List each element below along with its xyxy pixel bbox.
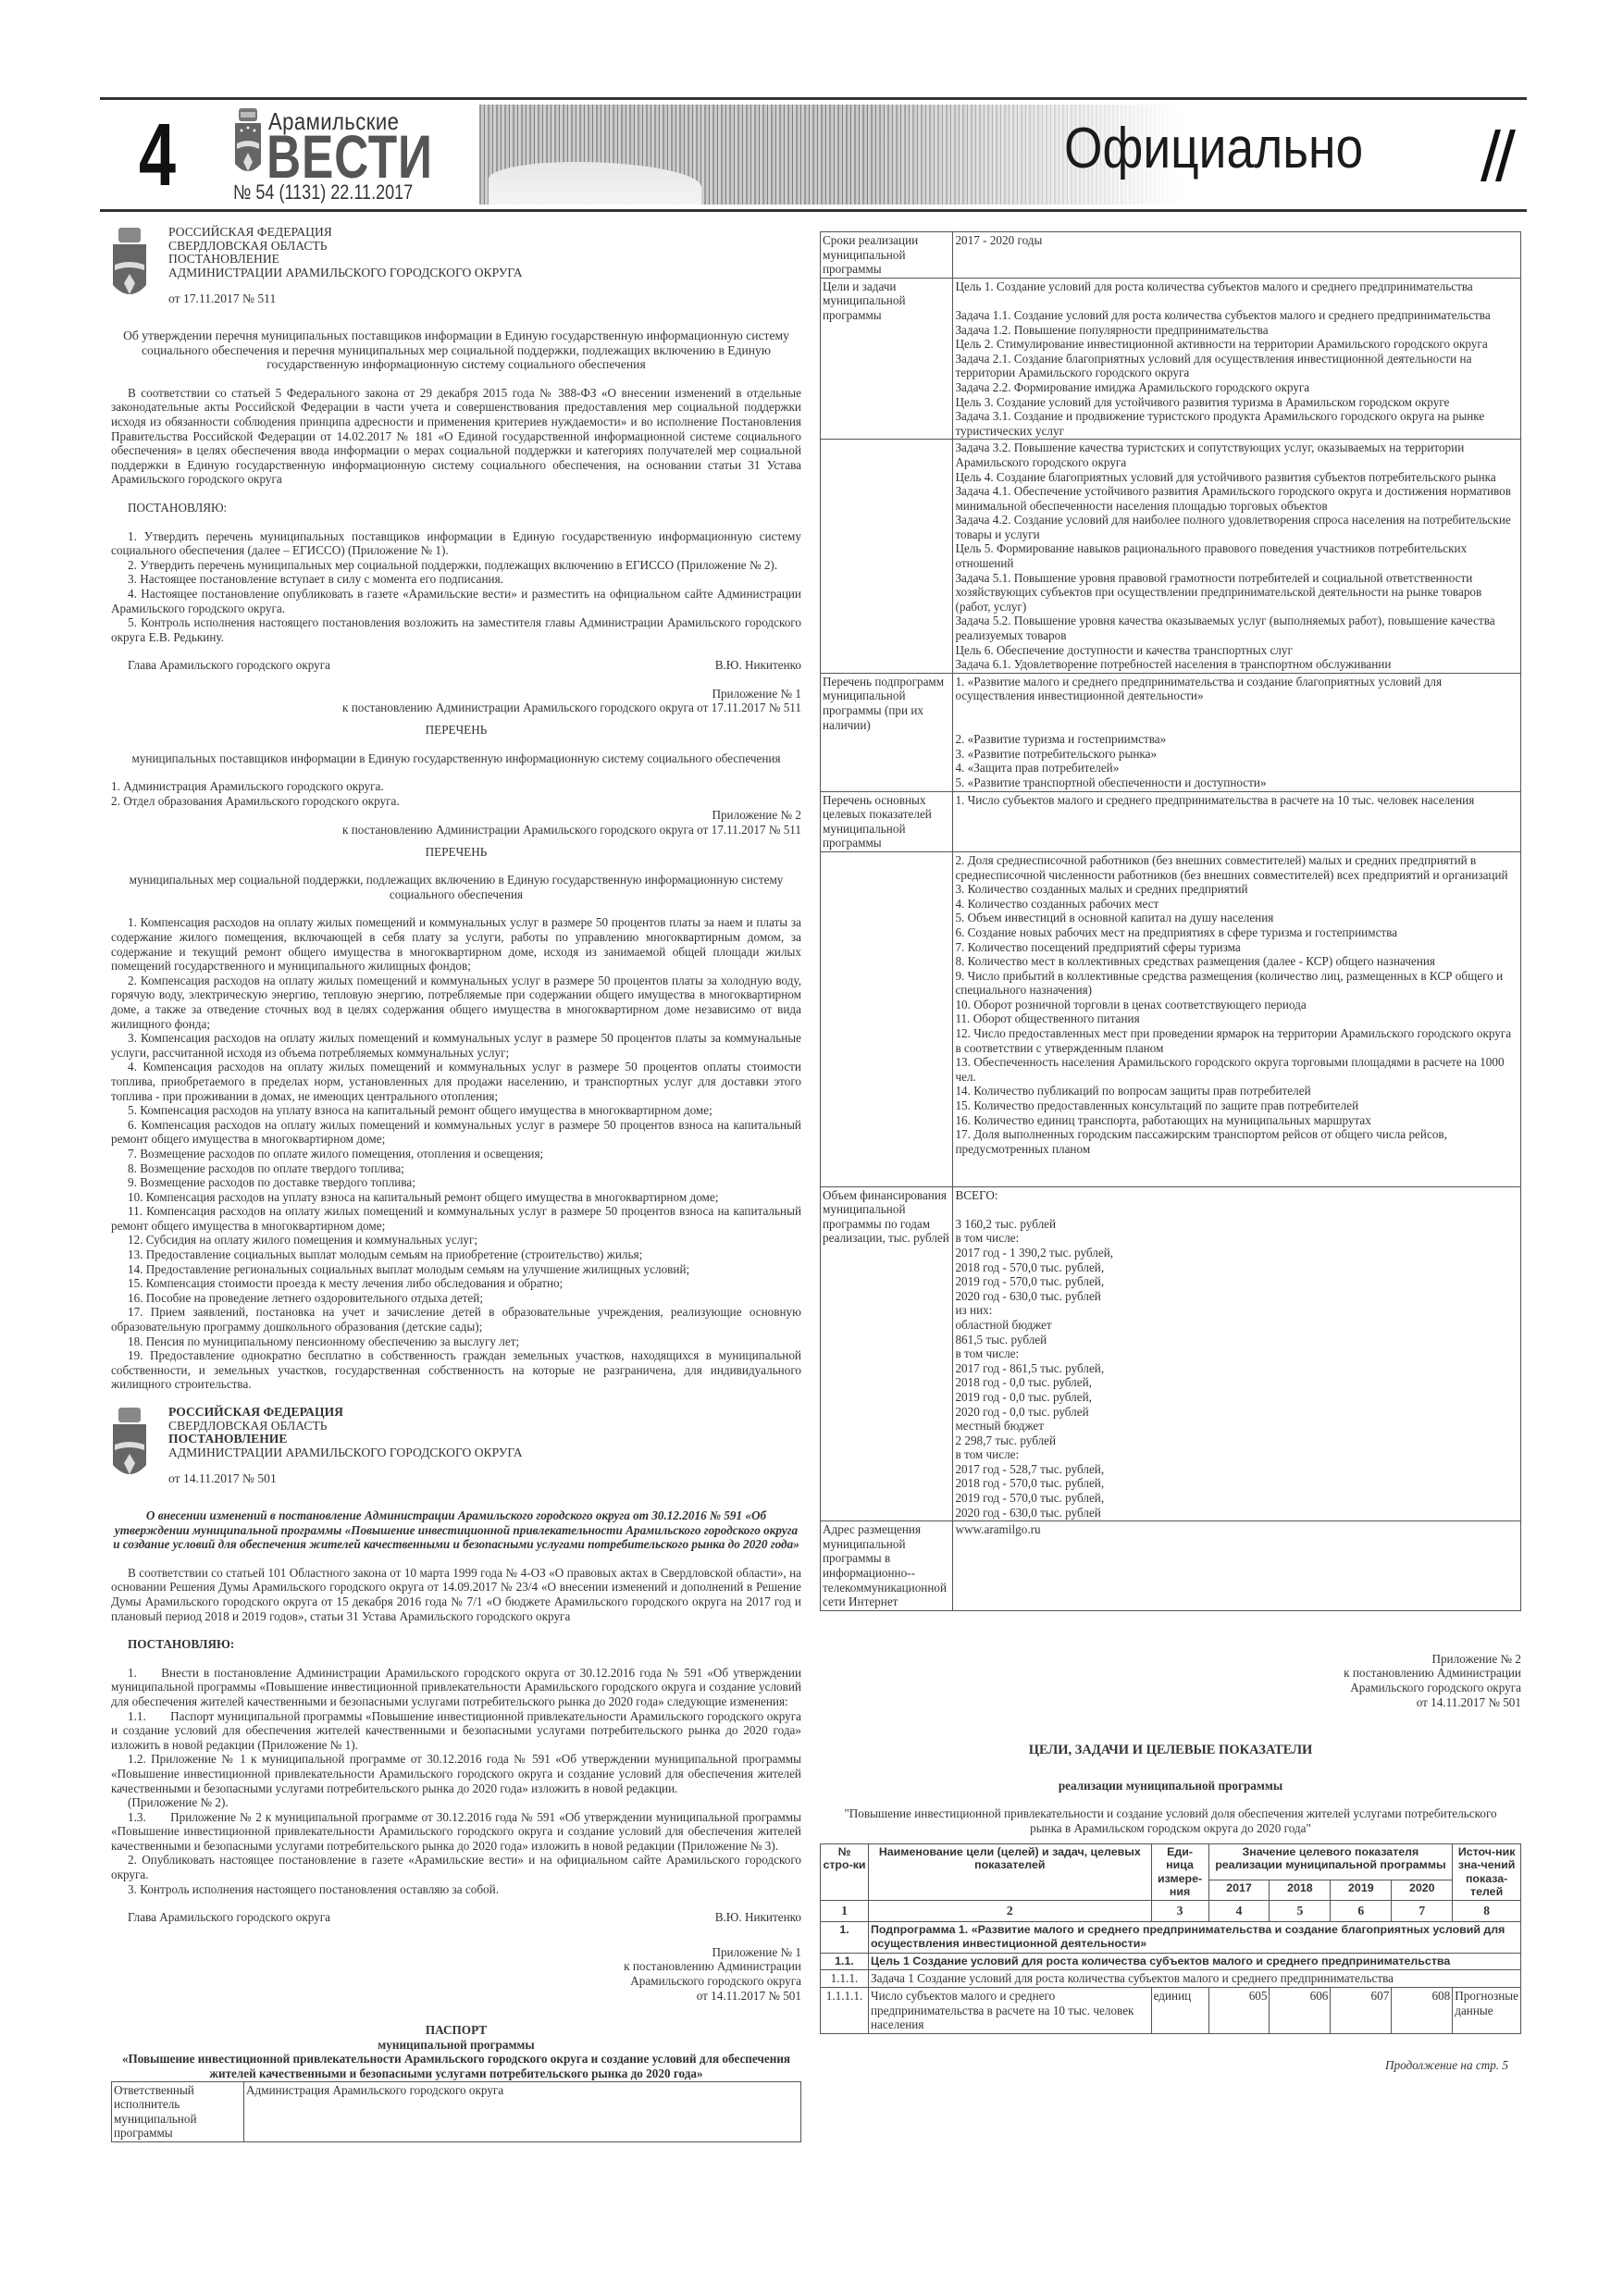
goals-row-value: 608 [1392,1987,1453,2033]
left-column: РОССИЙСКАЯ ФЕДЕРАЦИЯ СВЕРДЛОВСКАЯ ОБЛАСТ… [111,226,801,2142]
passport-row-value: 2017 - 2020 годы [953,232,1521,279]
passport-value-line: 5. Объем инвестиций в основной капитал н… [955,911,1518,925]
col-header-year: 2020 [1392,1880,1453,1901]
goals-row-name: Подпрограмма 1. «Развитие малого и средн… [869,1921,1521,1953]
blank-line [955,1156,1518,1171]
goals-row-name: Цель 1 Создание условий для роста количе… [869,1953,1521,1970]
social-measure-item: 15. Компенсация стоимости проезда к мест… [111,1276,801,1291]
goals-indicators-table: № стро-ки Наименование цели (целей) и за… [820,1843,1521,2034]
passport-value-line: из них: [955,1303,1518,1318]
appendix-label: Приложение № 2 [820,1652,1521,1667]
passport-value-line: 9. Число прибытий в коллективные средств… [955,969,1518,998]
social-measure-item: 3. Компенсация расходов на оплату жилых … [111,1031,801,1060]
passport-value-line: 3. «Развитие потребительского рынка» [955,747,1518,762]
social-measure-item: 18. Пенсия по муниципальному пенсионному… [111,1334,801,1349]
decree-511-resolve: ПОСТАНОВЛЯЮ: [111,501,801,515]
coat-of-arms-icon [111,1406,148,1483]
blank-line [955,1171,1518,1185]
social-measure-item: 19. Предоставление однократно бесплатно … [111,1348,801,1392]
decree-item: 1. Утвердить перечень муниципальных пост… [111,529,801,558]
col-header-name: Наименование цели (целей) и задач, целев… [869,1843,1152,1900]
decree-item: (Приложение № 2). [111,1795,801,1810]
passport-row: Перечень основных целевых показателей му… [821,791,1521,851]
appendix-ref: от 14.11.2017 № 501 [111,1989,801,2004]
col-header-unit: Еди-ница измере-ния [1151,1843,1208,1900]
passport-value-line: Задача 4.1. Обеспечение устойчивого разв… [955,484,1518,513]
passport-value-line: 4. «Защита прав потребителей» [955,761,1518,776]
passport-value-line: 2017 - 2020 годы [955,233,1518,248]
signature-row: Глава Арамильского городского округа В.Ю… [111,658,801,673]
appendix-label: Приложение № 1 [111,1945,801,1960]
decree-item: 1.3. Приложение № 2 к муниципальной прог… [111,1810,801,1854]
decree-item: 1.1. Паспорт муниципальной программы «По… [111,1709,801,1753]
coat-of-arms-icon [233,106,263,180]
social-measure-item: 10. Компенсация расходов на уплату взнос… [111,1190,801,1205]
passport-row: Перечень подпрограмм муниципальной прогр… [821,673,1521,791]
passport-value-line: Цель 4. Создание благоприятных условий д… [955,470,1518,485]
passport-table-part2: Сроки реализации муниципальной программы… [820,231,1521,1611]
signature-name: В.Ю. Никитенко [715,1910,801,1925]
header-region: СВЕРДЛОВСКАЯ ОБЛАСТЬ [168,1420,801,1433]
header-doc-type: ПОСТАНОВЛЕНИЕ [168,253,801,267]
goals-row-number: 1.1.1. [821,1970,869,1988]
passport-value-line: 4. Количество созданных рабочих мест [955,897,1518,912]
column-number: 8 [1453,1900,1521,1921]
passport-row-label: Цели и задачи муниципальной программы [821,278,953,440]
passport-value-line: Задача 5.2. Повышение уровня качества ок… [955,614,1518,642]
passport-value-line: 2018 год - 570,0 тыс. рублей, [955,1476,1518,1491]
goals-row-number: 1.1.1.1. [821,1987,869,2033]
blank-line [955,293,1518,308]
goals-row-number: 1. [821,1921,869,1953]
column-number: 3 [1151,1900,1208,1921]
passport-value-line: ВСЕГО: [955,1188,1518,1203]
passport-row: 2. Доля среднесписочной работников (без … [821,851,1521,1186]
social-measure-item: 1. Компенсация расходов на оплату жилых … [111,915,801,973]
passport-value-line: Цель 6. Обеспечение доступности и качест… [955,643,1518,658]
passport-value-line: 12. Число предоставленных мест при прове… [955,1026,1518,1055]
signature-row: Глава Арамильского городского округа В.Ю… [111,1910,801,1925]
passport-row-value: Задача 3.2. Повышение качества туристски… [953,440,1521,674]
decree-date-number: от 14.11.2017 № 501 [168,1472,801,1486]
passport-row: Цели и задачи муниципальной программыЦел… [821,278,1521,440]
decree-item: 1.2. Приложение № 1 к муниципальной прог… [111,1752,801,1795]
header-country: РОССИЙСКАЯ ФЕДЕРАЦИЯ [168,226,801,240]
section-title: Официально [1064,117,1363,181]
col-header-source: Источ-ник зна-чений показа-телей [1453,1843,1521,1900]
passport-value-line: 13. Обеспеченность населения Арамильског… [955,1055,1518,1084]
decree-501-preamble: В соответствии со статьей 101 Областного… [111,1566,801,1623]
passport-value-line: 2020 год - 630,0 тыс. рублей [955,1289,1518,1304]
passport-value-line: Задача 3.1. Создание и продвижение турис… [955,409,1518,438]
passport-value-line: Задача 4.2. Создание условий для наиболе… [955,513,1518,541]
column-number: 4 [1208,1900,1270,1921]
decree-501-title: О внесении изменений в постановление Адм… [111,1508,801,1552]
social-measure-item: 4. Компенсация расходов на оплату жилых … [111,1060,801,1103]
column-number: 6 [1331,1900,1392,1921]
goals-row: 1.Подпрограмма 1. «Развитие малого и сре… [821,1921,1521,1953]
passport-value-line: 1. Число субъектов малого и среднего пре… [955,793,1518,808]
passport-value-line: в том числе: [955,1447,1518,1462]
goals-row: 1.1.1.Задача 1 Создание условий для рост… [821,1970,1521,1988]
social-measure-item: 8. Возмещение расходов по оплате твердог… [111,1161,801,1176]
passport-row-label: Ответственный исполнитель муниципальной … [112,2081,244,2141]
social-measure-item: 5. Компенсация расходов на уплату взноса… [111,1103,801,1118]
col-header-year: 2019 [1331,1880,1392,1901]
passport-value-line: 6. Создание новых рабочих мест на предпр… [955,925,1518,940]
goals-row-name: Число субъектов малого и среднего предпр… [869,1987,1152,2033]
passport-value-line: 10. Оборот розничной торговли в ценах со… [955,998,1518,1012]
issue-number-date: № 54 (1131) 22.11.2017 [233,180,413,205]
decree-511-items: 1. Утвердить перечень муниципальных пост… [111,529,801,645]
passport-value-line: 8. Количество мест в коллективных средст… [955,954,1518,969]
appendix-ref: к постановлению Администрации [111,1959,801,1974]
decree-511-preamble: В соответствии со статьей 5 Федерального… [111,386,801,487]
column-number-row: 12345678 [821,1900,1521,1921]
decree-item: 3. Контроль исполнения настоящего постан… [111,1882,801,1897]
masthead-bottom-rule [100,209,1527,212]
passport-value-line: областной бюджет [955,1318,1518,1333]
decree-501-resolve: ПОСТАНОВЛЯЮ: [111,1637,801,1652]
continued-on-page: Продолжение на стр. 5 [820,2058,1521,2073]
double-slash-icon [1479,130,1519,181]
passport-value-line: 15. Количество предоставленных консульта… [955,1098,1518,1113]
passport-value-line: 2020 год - 630,0 тыс. рублей [955,1506,1518,1520]
decree-511-title: Об утверждении перечня муниципальных пос… [111,329,801,372]
paper-name-main: ВЕСТИ [266,127,433,186]
passport-subheading: муниципальной программы [111,2038,801,2053]
passport-value-line: 2019 год - 0,0 тыс. рублей, [955,1390,1518,1405]
column-number: 7 [1392,1900,1453,1921]
goals-subheading: реализации муниципальной программы [820,1779,1521,1793]
decree-item: 2. Опубликовать настоящее постановление … [111,1853,801,1881]
passport-value-line: Задача 2.2. Формирование имиджа Арамильс… [955,380,1518,395]
decree-item: 4. Настоящее постановление опубликовать … [111,587,801,615]
passport-value-line: Администрация Арамильского городского ок… [246,2083,799,2098]
goals-row-name: Задача 1 Создание условий для роста коли… [869,1970,1521,1988]
passport-row: Адрес размещения муниципальной программы… [821,1521,1521,1611]
social-measure-item: 14. Предоставление региональных социальн… [111,1262,801,1277]
blank-line [955,1202,1518,1217]
passport-value-line: 2019 год - 570,0 тыс. рублей, [955,1274,1518,1289]
list-heading: ПЕРЕЧЕНЬ [111,723,801,738]
passport-value-line: Задача 6.1. Удовлетворение потребностей … [955,657,1518,672]
decree-item: 1. Внести в постановление Администрации … [111,1666,801,1709]
passport-value-line: 2. Доля среднесписочной работников (без … [955,853,1518,882]
header-authority: АДМИНИСТРАЦИИ АРАМИЛЬСКОГО ГОРОДСКОГО ОК… [168,1446,801,1460]
goals-row: 1.1.1.1.Число субъектов малого и среднег… [821,1987,1521,2033]
appendix-ref: Арамильского городского округа [111,1974,801,1989]
right-column: Сроки реализации муниципальной программы… [820,231,1521,2072]
passport-row-value: Цель 1. Создание условий для роста колич… [953,278,1521,440]
social-measure-item: 11. Компенсация расходов на оплату жилых… [111,1204,801,1233]
passport-value-line: 7. Количество посещений предприятий сфер… [955,940,1518,955]
passport-value-line: 2020 год - 0,0 тыс. рублей [955,1405,1518,1420]
passport-value-line: 3 160,2 тыс. рублей [955,1217,1518,1232]
signature-position: Глава Арамильского городского округа [128,1910,330,1925]
decree-item: 3. Настоящее постановление вступает в си… [111,572,801,587]
passport-value-line: местный бюджет [955,1419,1518,1433]
header-region: СВЕРДЛОВСКАЯ ОБЛАСТЬ [168,240,801,254]
passport-value-line: Задача 5.1. Повышение уровня правовой гр… [955,571,1518,614]
passport-row-value: Администрация Арамильского городского ок… [244,2081,801,2141]
social-measure-item: 12. Субсидия на оплату жилого помещения … [111,1233,801,1247]
appendix-ref: к постановлению Администрации Арамильско… [111,701,801,715]
passport-value-line: 2. «Развитие туризма и гостеприимства» [955,732,1518,747]
social-measure-item: 6. Компенсация расходов на оплату жилых … [111,1118,801,1147]
decree-date-number: от 17.11.2017 № 511 [168,292,801,306]
passport-value-line: 2 298,7 тыс. рублей [955,1433,1518,1448]
passport-row-label [821,851,953,1186]
decree-item: 5. Контроль исполнения настоящего постан… [111,615,801,644]
passport-value-line: 2017 год - 528,7 тыс. рублей, [955,1462,1518,1477]
passport-row-label: Перечень основных целевых показателей му… [821,791,953,851]
goals-row-number: 1.1. [821,1953,869,1970]
appendix-ref: от 14.11.2017 № 501 [820,1695,1521,1710]
social-measure-item: 9. Возмещение расходов по доставке тверд… [111,1175,801,1190]
passport-value-line: Задача 1.1. Создание условий для роста к… [955,308,1518,323]
passport-table-part1: Ответственный исполнитель муниципальной … [111,2081,801,2142]
passport-row-label: Перечень подпрограмм муниципальной прогр… [821,673,953,791]
coat-of-arms-icon [111,226,148,304]
passport-row-value: 1. Число субъектов малого и среднего пре… [953,791,1521,851]
passport-value-line: 2018 год - 570,0 тыс. рублей, [955,1260,1518,1275]
passport-value-line: 2019 год - 570,0 тыс. рублей, [955,1491,1518,1506]
passport-value-line: в том числе: [955,1347,1518,1361]
appendix-label: Приложение № 1 [111,687,801,701]
signature-name: В.Ю. Никитенко [715,658,801,673]
passport-value-line: Цель 2. Стимулирование инвестиционной ак… [955,337,1518,352]
appendix-label: Приложение № 2 [111,808,801,823]
passport-value-line: Цель 5. Формирование навыков рационально… [955,541,1518,570]
column-number: 1 [821,1900,869,1921]
goals-row-value: 606 [1270,1987,1331,2033]
passport-value-line: Цель 3. Создание условий для устойчивого… [955,395,1518,410]
social-measure-item: 13. Предоставление социальных выплат мол… [111,1247,801,1262]
passport-value-line: 14. Количество публикаций по вопросам за… [955,1084,1518,1098]
passport-value-line: 17. Доля выполненных городским пассажирс… [955,1127,1518,1156]
goals-row: 1.1.Цель 1 Создание условий для роста ко… [821,1953,1521,1970]
passport-value-line: Задача 2.1. Создание благоприятных услов… [955,352,1518,380]
goals-row-unit: единиц [1151,1987,1208,2033]
passport-value-line: 16. Количество единиц транспорта, работа… [955,1113,1518,1128]
passport-value-line: 2018 год - 0,0 тыс. рублей, [955,1375,1518,1390]
column-number: 5 [1270,1900,1331,1921]
list-item: 1. Администрация Арамильского городского… [111,779,801,794]
social-measure-item: 16. Пособие на проведение летнего оздоро… [111,1291,801,1306]
header-country: РОССИЙСКАЯ ФЕДЕРАЦИЯ [168,1406,801,1420]
passport-value-line: Задача 3.2. Повышение качества туристски… [955,441,1518,469]
decree-item: 2. Утвердить перечень муниципальных мер … [111,558,801,573]
appendix-ref: к постановлению Администрации Арамильско… [111,823,801,838]
blank-line [955,703,1518,718]
col-header-row-number: № стро-ки [821,1843,869,1900]
blank-line [955,718,1518,733]
passport-row-label [821,440,953,674]
col-header-year: 2017 [1208,1880,1270,1901]
header-authority: АДМИНИСТРАЦИИ АРАМИЛЬСКОГО ГОРОДСКОГО ОК… [168,267,801,280]
col-header-year: 2018 [1270,1880,1331,1901]
appendix-ref: Арамильского городского округа [820,1681,1521,1695]
passport-row-value: 1. «Развитие малого и среднего предприни… [953,673,1521,791]
goals-heading: ЦЕЛИ, ЗАДАЧИ И ЦЕЛЕВЫЕ ПОКАЗАТЕЛИ [820,1744,1521,1758]
list-subheading: муниципальных мер социальной поддержки, … [111,873,801,901]
passport-value-line: 1. «Развитие малого и среднего предприни… [955,675,1518,703]
passport-value-line: 11. Оборот общественного питания [955,1011,1518,1026]
social-measure-item: 7. Возмещение расходов по оплате жилого … [111,1147,801,1161]
passport-row-label: Адрес размещения муниципальной программы… [821,1521,953,1611]
passport-row: Ответственный исполнитель муниципальной … [112,2081,801,2141]
decree-501-header: РОССИЙСКАЯ ФЕДЕРАЦИЯ СВЕРДЛОВСКАЯ ОБЛАСТ… [111,1406,801,1495]
column-number: 2 [869,1900,1152,1921]
passport-row: Объем финансирования муниципальной прогр… [821,1186,1521,1521]
masthead-top-rule [100,97,1527,100]
goals-row-value: 605 [1208,1987,1270,2033]
passport-value-line: 3. Количество созданных малых и средних … [955,882,1518,897]
goals-program-name: "Повышение инвестиционной привлекательно… [820,1806,1521,1835]
passport-value-line: в том числе: [955,1231,1518,1246]
appendix-ref: к постановлению Администрации [820,1666,1521,1681]
list-heading: ПЕРЕЧЕНЬ [111,845,801,860]
col-header-target-value: Значение целевого показателя реализации … [1208,1843,1453,1880]
passport-value-line: Цель 1. Создание условий для роста колич… [955,279,1518,294]
passport-row-label: Объем финансирования муниципальной прогр… [821,1186,953,1521]
list-item: 2. Отдел образования Арамильского городс… [111,794,801,809]
passport-value-line: Задача 1.2. Повышение популярности предп… [955,323,1518,338]
passport-value-line: 2017 год - 1 390,2 тыс. рублей, [955,1246,1518,1260]
passport-value-line: 861,5 тыс. рублей [955,1333,1518,1347]
header-doc-type: ПОСТАНОВЛЕНИЕ [168,1433,801,1446]
passport-heading: ПАСПОРТ [111,2023,801,2038]
passport-row: Задача 3.2. Повышение качества туристски… [821,440,1521,674]
page-number: 4 [139,109,176,202]
passport-row-value: 2. Доля среднесписочной работников (без … [953,851,1521,1186]
passport-value-line: www.aramilgo.ru [955,1522,1518,1537]
passport-program-name: «Повышение инвестиционной привлекательно… [111,2052,801,2080]
goals-row-source: Прогнозные данные [1453,1987,1521,2033]
passport-row-value: ВСЕГО:3 160,2 тыс. рублейв том числе:201… [953,1186,1521,1521]
passport-value-line: 2017 год - 861,5 тыс. рублей, [955,1361,1518,1376]
passport-row-label: Сроки реализации муниципальной программы [821,232,953,279]
social-measures-list: 1. Компенсация расходов на оплату жилых … [111,915,801,1392]
signature-position: Глава Арамильского городского округа [128,658,330,673]
goals-row-value: 607 [1331,1987,1392,2033]
passport-row: Сроки реализации муниципальной программы… [821,232,1521,279]
decree-511-header: РОССИЙСКАЯ ФЕДЕРАЦИЯ СВЕРДЛОВСКАЯ ОБЛАСТ… [111,226,801,315]
passport-row-value: www.aramilgo.ru [953,1521,1521,1611]
decree-501-items: 1. Внести в постановление Администрации … [111,1666,801,1897]
social-measure-item: 2. Компенсация расходов на оплату жилых … [111,974,801,1031]
passport-value-line: 5. «Развитие транспортной обеспеченности… [955,776,1518,790]
social-measure-item: 17. Прием заявлений, постановка на учет … [111,1305,801,1334]
list-subheading: муниципальных поставщиков информации в Е… [111,751,801,766]
